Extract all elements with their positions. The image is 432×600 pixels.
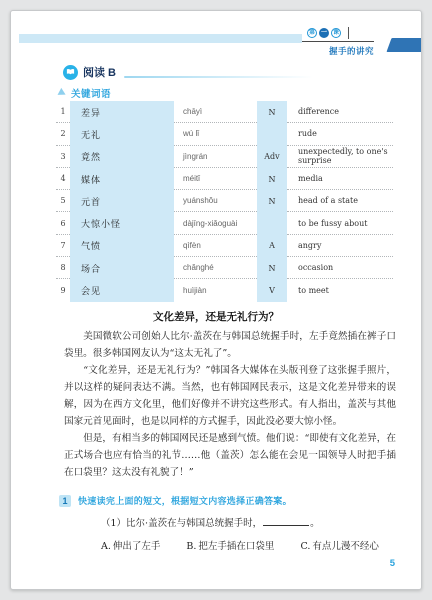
- lesson-badge-char-3: 课: [331, 28, 341, 38]
- vocab-word: 差异: [70, 101, 174, 123]
- question-text: （1）比尔·盖茨在与韩国总统握手时，: [101, 518, 262, 529]
- vocab-word: 媒体: [70, 168, 174, 190]
- vocab-row-number: 3: [56, 146, 70, 168]
- options-row: A.伸出了左手 B.把左手插在口袋里 C.有点儿漫不经心: [101, 538, 405, 552]
- vocab-row-number: 7: [56, 235, 70, 257]
- vocab-row-number: 4: [56, 168, 70, 190]
- vocab-pinyin: yuánshǒu: [174, 190, 257, 212]
- vocab-meaning: head of a state: [287, 190, 393, 212]
- vocab-row-number: 2: [56, 123, 70, 145]
- vocab-pinyin: chāyì: [174, 101, 257, 123]
- question-1: （1）比尔·盖茨在与韩国总统握手时，。: [101, 515, 320, 529]
- passage-paragraph: 但是，有相当多的韩国网民还是感到气愤。他们说：“即使有文化差异，在正式场合也应有…: [64, 430, 396, 481]
- subsection-title: 关键词语: [71, 86, 111, 100]
- answer-option[interactable]: C.有点儿漫不经心: [300, 538, 378, 552]
- vocab-word: 气愤: [70, 235, 174, 257]
- textbook-page: 第 一 课 握手的讲究 阅读 B 关键词语 1 差异 chāyì N diffe…: [10, 10, 422, 590]
- vocab-row: 8 场合 chǎnghé N occasion: [56, 257, 393, 279]
- passage-body: 美国微软公司创始人比尔·盖茨在与韩国总统握手时，左手竟然插在裤子口袋里。很多韩国…: [64, 328, 396, 481]
- answer-blank[interactable]: [263, 516, 309, 526]
- vocab-row-number: 1: [56, 101, 70, 123]
- vocab-row: 5 元首 yuánshǒu N head of a state: [56, 190, 393, 212]
- vocab-row-number: 8: [56, 257, 70, 279]
- option-label: A.: [101, 541, 111, 552]
- badge-rule: [302, 41, 374, 42]
- vocab-meaning: to meet: [287, 279, 393, 301]
- vocab-row-number: 9: [56, 279, 70, 301]
- vocab-table: 1 差异 chāyì N difference 2 无礼 wú lǐ rude …: [56, 101, 393, 302]
- option-text: 有点儿漫不经心: [312, 541, 379, 552]
- header-bar: [19, 34, 302, 43]
- answer-option[interactable]: A.伸出了左手: [101, 538, 160, 552]
- exercise-instruction: 快速读完上面的短文，根据短文内容选择正确答案。: [78, 494, 292, 507]
- answer-option[interactable]: B.把左手插在口袋里: [186, 538, 274, 552]
- section-underline: [124, 76, 313, 79]
- vocab-row: 4 媒体 méitǐ N media: [56, 168, 393, 190]
- vocab-pos: Adv: [257, 146, 287, 168]
- vocab-row: 6 大惊小怪 dàjīng-xiǎoguài to be fussy about: [56, 212, 393, 234]
- lesson-title: 握手的讲究: [302, 45, 374, 57]
- passage-paragraph: “文化差异，还是无礼行为？”韩国各大媒体在头版刊登了这张握手照片，并以这样的疑问…: [64, 362, 396, 430]
- vocab-pinyin: huìjiàn: [174, 279, 257, 301]
- exercise-heading: 1 快速读完上面的短文，根据短文内容选择正确答案。: [59, 494, 292, 507]
- option-text: 把左手插在口袋里: [198, 541, 274, 552]
- vocab-word: 场合: [70, 257, 174, 279]
- vocab-row: 1 差异 chāyì N difference: [56, 101, 393, 123]
- option-label: B.: [186, 541, 196, 552]
- vocab-meaning: rude: [287, 123, 393, 145]
- vocab-word: 竟然: [70, 146, 174, 168]
- vocab-meaning: angry: [287, 235, 393, 257]
- vocab-word: 元首: [70, 190, 174, 212]
- passage-title: 文化差异，还是无礼行为？: [11, 309, 421, 324]
- passage-paragraph: 美国微软公司创始人比尔·盖茨在与韩国总统握手时，左手竟然插在裤子口袋里。很多韩国…: [64, 328, 396, 362]
- vocab-pinyin: qìfèn: [174, 235, 257, 257]
- vocab-meaning: occasion: [287, 257, 393, 279]
- lesson-badge-circles: 第 一 课: [302, 27, 374, 39]
- option-label: C.: [300, 541, 310, 552]
- vocab-meaning: difference: [287, 101, 393, 123]
- vocab-meaning: unexpectedly, to one's surprise: [287, 146, 393, 168]
- page-number: 5: [390, 558, 395, 569]
- vocab-row: 9 会见 huìjiàn V to meet: [56, 279, 393, 301]
- badge-divider: [348, 27, 349, 39]
- vocab-pos: N: [257, 257, 287, 279]
- vocab-pos: N: [257, 101, 287, 123]
- vocab-pinyin: dàjīng-xiǎoguài: [174, 212, 257, 234]
- vocab-pos: [257, 123, 287, 145]
- exercise-number: 1: [59, 495, 71, 507]
- subsection-keywords: 关键词语: [59, 86, 111, 100]
- corner-decoration: [386, 38, 422, 52]
- vocab-pos: N: [257, 168, 287, 190]
- vocab-row: 3 竟然 jìngrán Adv unexpectedly, to one's …: [56, 146, 393, 168]
- section-reading-b: 阅读 B: [63, 64, 313, 80]
- lesson-badge-char-1: 第: [307, 28, 317, 38]
- section-title: 阅读 B: [83, 64, 116, 80]
- pen-nib-icon: [58, 88, 68, 98]
- vocab-pinyin: jìngrán: [174, 146, 257, 168]
- vocab-meaning: to be fussy about: [287, 212, 393, 234]
- vocab-row: 7 气愤 qìfèn A angry: [56, 235, 393, 257]
- vocab-row-number: 5: [56, 190, 70, 212]
- vocab-word: 大惊小怪: [70, 212, 174, 234]
- vocab-word: 无礼: [70, 123, 174, 145]
- lesson-badge-char-2: 一: [319, 28, 329, 38]
- vocab-row: 2 无礼 wú lǐ rude: [56, 123, 393, 145]
- vocab-pos: V: [257, 279, 287, 301]
- open-book-icon: [63, 65, 78, 80]
- question-suffix: 。: [310, 518, 320, 529]
- vocab-meaning: media: [287, 168, 393, 190]
- vocab-pos: A: [257, 235, 287, 257]
- vocab-pinyin: méitǐ: [174, 168, 257, 190]
- vocab-pinyin: chǎnghé: [174, 257, 257, 279]
- vocab-pos: N: [257, 190, 287, 212]
- lesson-badge: 第 一 课 握手的讲究: [302, 27, 374, 57]
- vocab-word: 会见: [70, 279, 174, 301]
- vocab-row-number: 6: [56, 212, 70, 234]
- vocab-pos: [257, 212, 287, 234]
- vocab-pinyin: wú lǐ: [174, 123, 257, 145]
- option-text: 伸出了左手: [113, 541, 161, 552]
